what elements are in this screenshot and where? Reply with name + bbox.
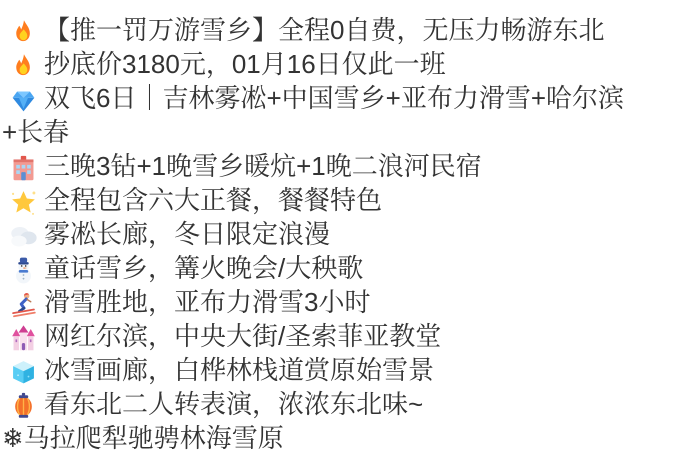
line-text: 童话雪乡，篝火晚会/大秧歌 xyxy=(44,253,363,283)
list-item: 三晚3钻+1晚雪乡暖炕+1晚二浪河民宿 xyxy=(2,149,684,183)
line-text: 三晚3钻+1晚雪乡暖炕+1晚二浪河民宿 xyxy=(44,151,482,181)
fire-icon xyxy=(2,15,44,49)
line-text: 滑雪胜地，亚布力滑雪3小时 xyxy=(44,287,370,317)
list-item: 冰雪画廊，白桦林栈道赏原始雪景 xyxy=(2,353,684,387)
line-text: 网红尔滨，中央大街/圣索菲亚教堂 xyxy=(44,321,441,351)
list-item: 网红尔滨，中央大街/圣索菲亚教堂 xyxy=(2,319,684,353)
line-text: +长春 xyxy=(2,117,69,147)
glowing-star-icon xyxy=(2,185,44,219)
line-text: 【推一罚万游雪乡】全程0自费，无压力畅游东北 xyxy=(44,15,604,45)
fog-icon xyxy=(2,219,44,253)
gem-icon xyxy=(2,83,44,117)
line-text: 看东北二人转表演，浓浓东北味~ xyxy=(44,389,423,419)
list-item: +长春 xyxy=(2,115,684,149)
list-item: 童话雪乡，篝火晚会/大秧歌 xyxy=(2,251,684,285)
list-item: ❄马拉爬犁驰骋林海雪原 xyxy=(2,421,684,455)
snowman-icon xyxy=(2,253,44,287)
list-item: 抄底价3180元，01月16日仅此一班 xyxy=(2,47,684,81)
lantern-icon xyxy=(2,389,44,423)
fire-icon xyxy=(2,49,44,83)
line-text: 雾凇长廊，冬日限定浪漫 xyxy=(44,219,330,249)
list-item: 双飞6日｜吉林雾凇+中国雪乡+亚布力滑雪+哈尔滨 xyxy=(2,81,684,115)
line-text: 抄底价3180元，01月16日仅此一班 xyxy=(44,49,446,79)
ice-cube-icon xyxy=(2,355,44,389)
line-text: 全程包含六大正餐，餐餐特色 xyxy=(44,185,382,215)
list-item: 滑雪胜地，亚布力滑雪3小时 xyxy=(2,285,684,319)
list-item: 看东北二人转表演，浓浓东北味~ xyxy=(2,387,684,421)
promo-text-block: 【推一罚万游雪乡】全程0自费，无压力畅游东北 抄底价3180元，01月16日仅此… xyxy=(0,0,684,455)
castle-icon xyxy=(2,321,44,355)
list-item: 雾凇长廊，冬日限定浪漫 xyxy=(2,217,684,251)
hotel-icon xyxy=(2,151,44,185)
line-text: 双飞6日｜吉林雾凇+中国雪乡+亚布力滑雪+哈尔滨 xyxy=(44,83,624,113)
line-text: 冰雪画廊，白桦林栈道赏原始雪景 xyxy=(44,355,434,385)
list-item: 全程包含六大正餐，餐餐特色 xyxy=(2,183,684,217)
skier-icon xyxy=(2,287,44,321)
line-text: ❄马拉爬犁驰骋林海雪原 xyxy=(2,423,284,453)
list-item: 【推一罚万游雪乡】全程0自费，无压力畅游东北 xyxy=(2,13,684,47)
